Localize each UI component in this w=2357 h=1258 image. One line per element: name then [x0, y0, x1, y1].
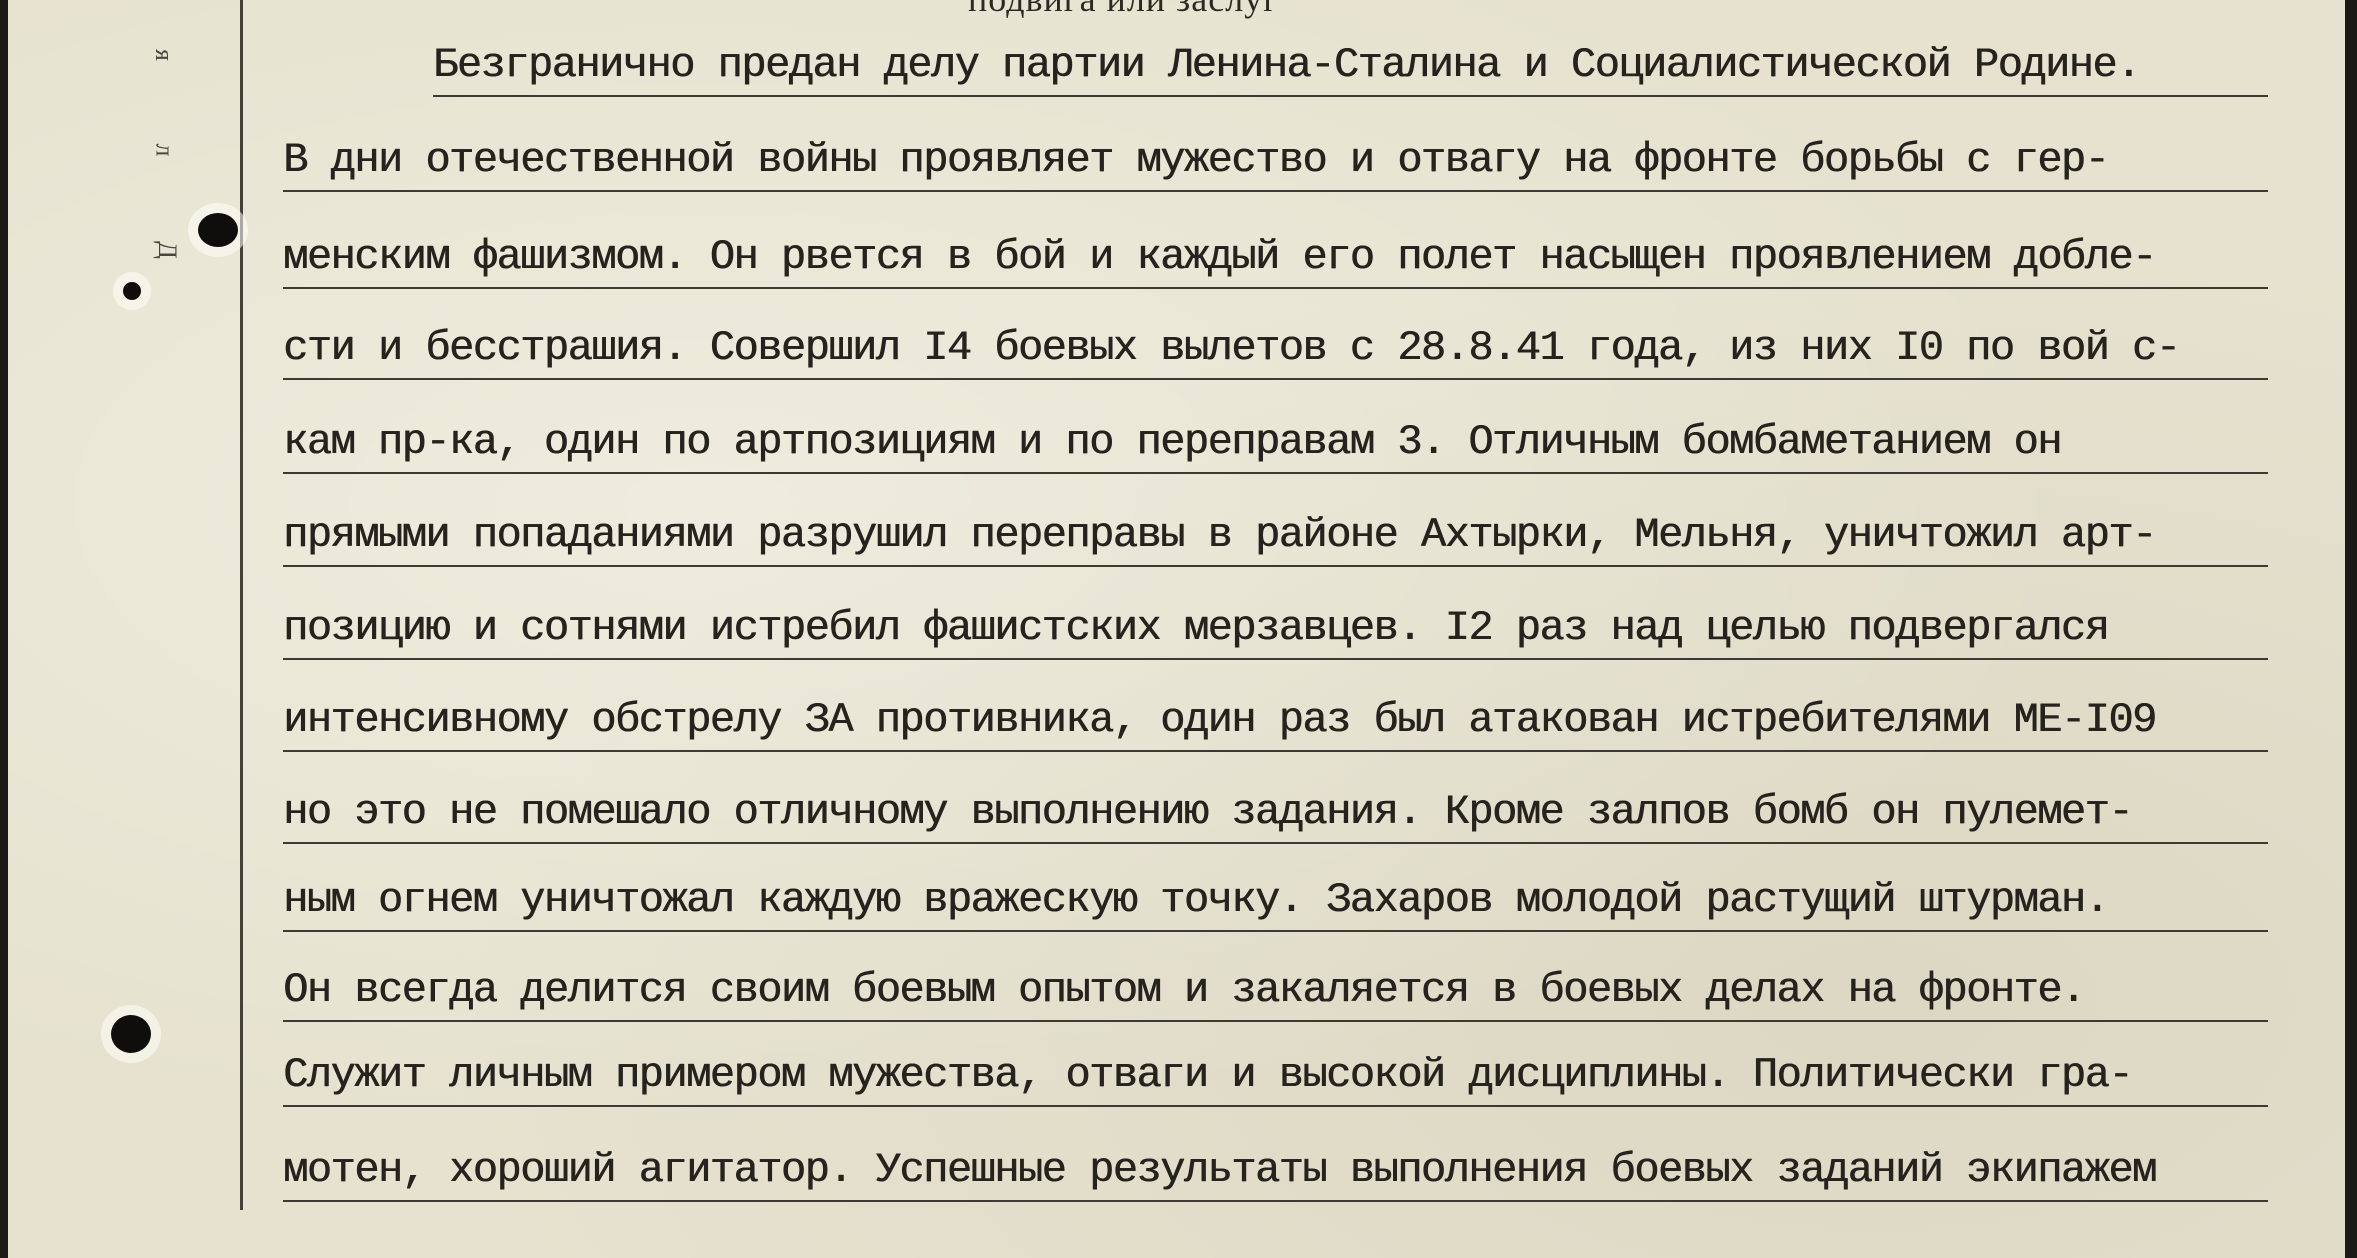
- text-line: позицию и сотнями истребил фашистских ме…: [283, 598, 2268, 660]
- text-line: но это не помешало отличному выполнению …: [283, 782, 2268, 844]
- punch-hole-icon: [198, 213, 238, 247]
- margin-letter: я: [149, 49, 179, 61]
- punch-hole-icon: [111, 1015, 151, 1053]
- text-line: мотен, хороший агитатор. Успешные резуль…: [283, 1140, 2268, 1202]
- text-line: интенсивному обстрелу ЗА противника, оди…: [283, 690, 2268, 752]
- text-line: Он всегда делится своим боевым опытом и …: [283, 960, 2268, 1022]
- text-line: В дни отечественной войны проявляет муже…: [283, 130, 2268, 192]
- margin-rule: [240, 0, 243, 1210]
- document-page: я л Д подвига или заслуг Безгранично пре…: [8, 0, 2345, 1258]
- text-line: менским фашизмом. Он рвется в бой и кажд…: [283, 227, 2268, 289]
- punch-hole-icon: [123, 282, 141, 300]
- text-line: кам пр-ка, один по артпозициям и по пере…: [283, 412, 2268, 474]
- text-line: сти и бесстрашия. Совершил I4 боевых выл…: [283, 318, 2268, 380]
- text-line: Служит личным примером мужества, отваги …: [283, 1045, 2268, 1107]
- section-heading: подвига или заслуг: [968, 0, 1279, 20]
- text-line: прямыми попаданиями разрушил переправы в…: [283, 505, 2268, 567]
- margin-letter: л: [149, 144, 179, 157]
- text-line: ным огнем уничтожал каждую вражескую точ…: [283, 870, 2268, 932]
- margin-letter: Д: [152, 241, 182, 259]
- text-line: Безгранично предан делу партии Ленина-Ст…: [433, 35, 2268, 97]
